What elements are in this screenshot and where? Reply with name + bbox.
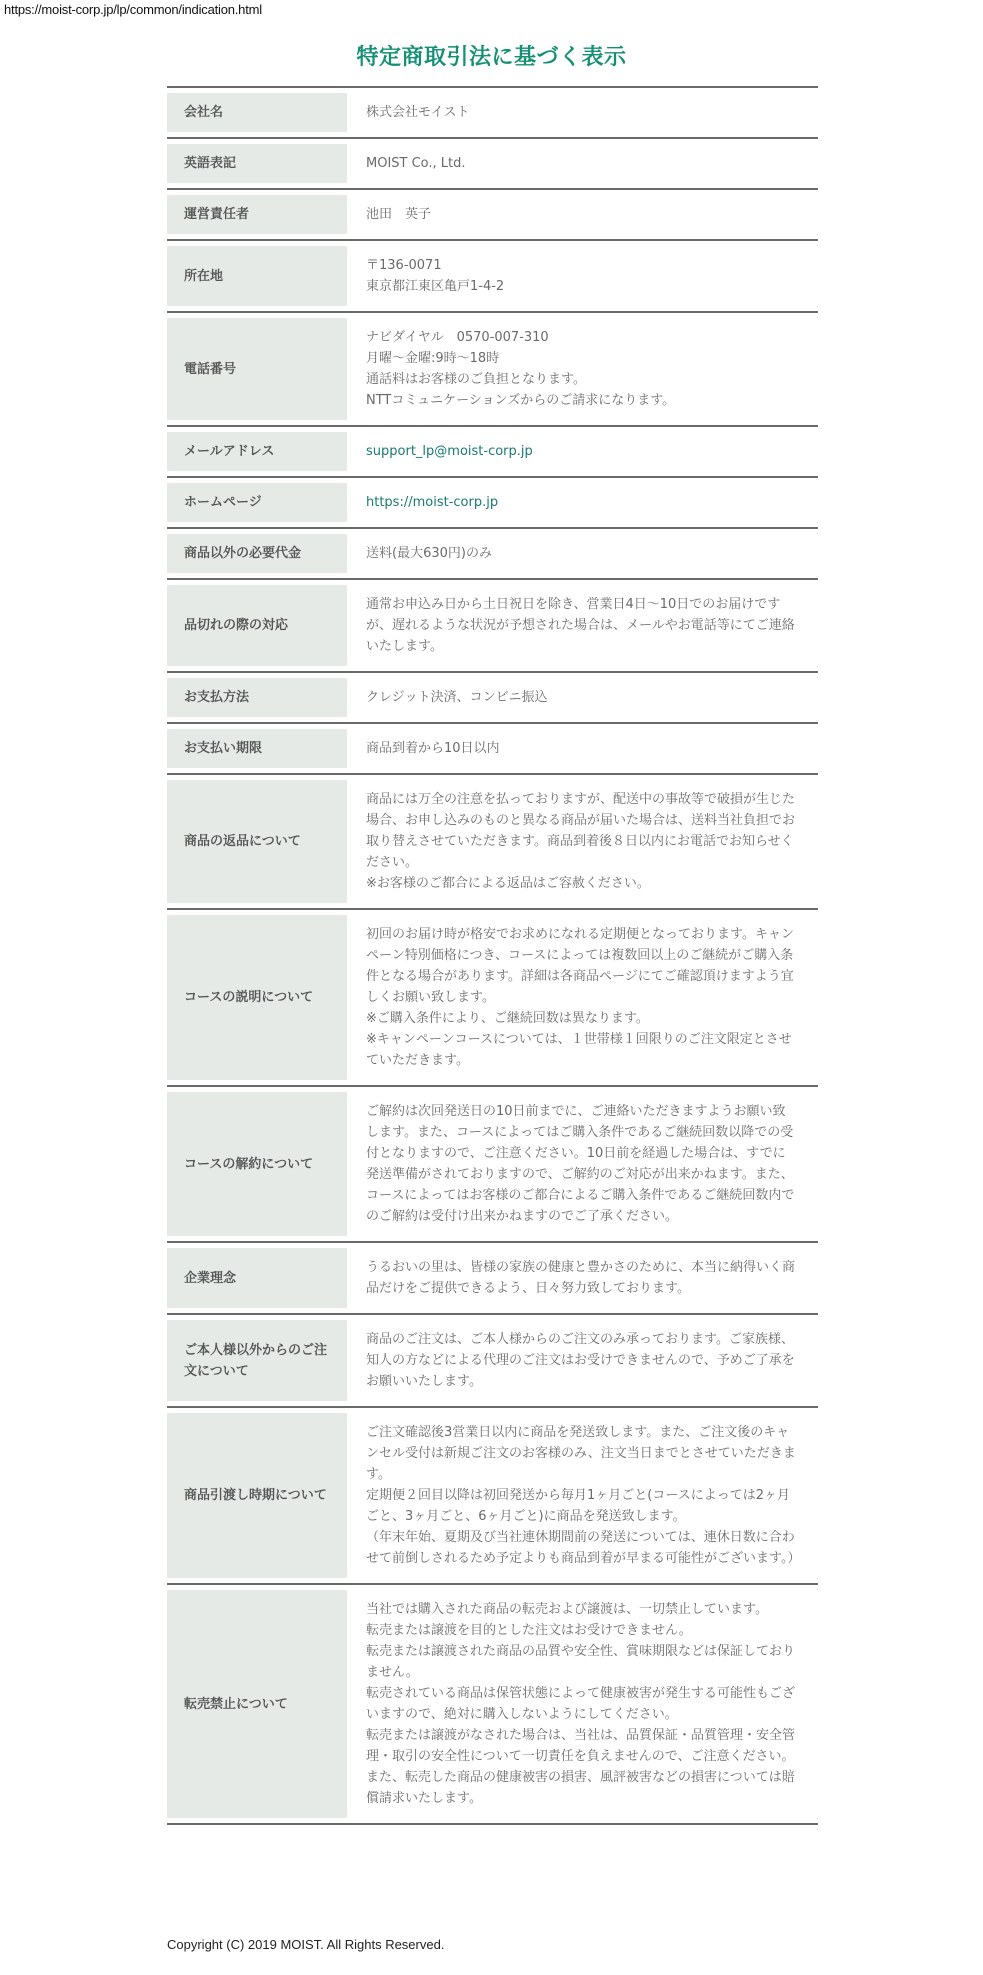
value-line: MOIST Co., Ltd. xyxy=(366,153,798,174)
page-url: https://moist-corp.jp/lp/common/indicati… xyxy=(4,2,262,17)
row-label: 商品引渡し時期について xyxy=(167,1413,347,1578)
value-line: ご注文確認後3営業日以内に商品を発送致します。また、ご注文後のキャンセル受付は新… xyxy=(366,1422,798,1485)
value-line: 送料(最大630円)のみ xyxy=(366,543,798,564)
table-row-manager: 運営責任者 池田 英子 xyxy=(167,190,818,241)
value-line: ご解約は次回発送日の10日前までに、ご連絡いただきますようお願い致します。また、… xyxy=(366,1101,798,1227)
row-value: 当社では購入された商品の転売および譲渡は、一切禁止しています。 転売または譲渡を… xyxy=(347,1590,818,1818)
row-value: MOIST Co., Ltd. xyxy=(347,144,818,183)
row-label: 商品以外の必要代金 xyxy=(167,534,347,573)
row-value: ご解約は次回発送日の10日前までに、ご連絡いただきますようお願い致します。また、… xyxy=(347,1092,818,1236)
table-row-returns: 商品の返品について 商品には万全の注意を払っておりますが、配送中の事故等で破損が… xyxy=(167,775,818,910)
row-label: 企業理念 xyxy=(167,1248,347,1308)
row-label: 商品の返品について xyxy=(167,780,347,903)
row-label: お支払方法 xyxy=(167,678,347,717)
row-label: お支払い期限 xyxy=(167,729,347,768)
row-value: ご注文確認後3営業日以内に商品を発送致します。また、ご注文後のキャンセル受付は新… xyxy=(347,1413,818,1578)
row-label: 会社名 xyxy=(167,93,347,132)
value-line: 商品到着から10日以内 xyxy=(366,738,798,759)
row-value: support_lp@moist-corp.jp xyxy=(347,432,818,471)
value-line: （年末年始、夏期及び当社連休期間前の発送については、連休日数に合わせて前倒しされ… xyxy=(366,1527,798,1569)
row-value: クレジット決済、コンビニ振込 xyxy=(347,678,818,717)
value-line: 転売または譲渡がなされた場合は、当社は、品質保証・品質管理・安全管理・取引の安全… xyxy=(366,1725,798,1767)
value-line: 通話料はお客様のご負担となります。 xyxy=(366,369,798,390)
value-line: 〒136-0071 xyxy=(366,255,798,276)
table-row-email: メールアドレス support_lp@moist-corp.jp xyxy=(167,427,818,478)
value-line: ※キャンペーンコースについては、１世帯様１回限りのご注文限定とさせていただきます… xyxy=(366,1029,798,1071)
value-line: ナビダイヤル 0570-007-310 xyxy=(366,327,798,348)
value-line: 東京都江東区亀戸1-4-2 xyxy=(366,276,798,297)
table-row-company-name: 会社名 株式会社モイスト xyxy=(167,88,818,139)
table-row-course-cancellation: コースの解約について ご解約は次回発送日の10日前までに、ご連絡いただきますよう… xyxy=(167,1087,818,1243)
row-value: 池田 英子 xyxy=(347,195,818,234)
value-line: 株式会社モイスト xyxy=(366,102,798,123)
page-title: 特定商取引法に基づく表示 xyxy=(0,40,983,71)
homepage-link[interactable]: https://moist-corp.jp xyxy=(366,492,798,513)
table-row-proxy-orders: ご本人様以外からのご注文について 商品のご注文は、ご本人様からのご注文のみ承って… xyxy=(167,1315,818,1408)
row-value: https://moist-corp.jp xyxy=(347,483,818,522)
value-line: 定期便２回目以降は初回発送から毎月1ヶ月ごと(コースによっては2ヶ月ごと、3ヶ月… xyxy=(366,1485,798,1527)
table-row-english-name: 英語表記 MOIST Co., Ltd. xyxy=(167,139,818,190)
row-label: メールアドレス xyxy=(167,432,347,471)
table-row-extra-fees: 商品以外の必要代金 送料(最大630円)のみ xyxy=(167,529,818,580)
value-line: クレジット決済、コンビニ振込 xyxy=(366,687,798,708)
row-label: 所在地 xyxy=(167,246,347,306)
table-row-out-of-stock: 品切れの際の対応 通常お申込み日から土日祝日を除き、営業日4日～10日でのお届け… xyxy=(167,580,818,673)
value-line: 当社では購入された商品の転売および譲渡は、一切禁止しています。 xyxy=(366,1599,798,1620)
value-line: ※お客様のご都合による返品はご容赦ください。 xyxy=(366,873,798,894)
value-line: 転売されている商品は保管状態によって健康被害が発生する可能性もございますので、絶… xyxy=(366,1683,798,1725)
value-line: 池田 英子 xyxy=(366,204,798,225)
value-line: 商品には万全の注意を払っておりますが、配送中の事故等で破損が生じた場合、お申し込… xyxy=(366,789,798,873)
table-row-course-description: コースの説明について 初回のお届け時が格安でお求めになれる定期便となっております… xyxy=(167,910,818,1087)
table-row-resale-prohibition: 転売禁止について 当社では購入された商品の転売および譲渡は、一切禁止しています。… xyxy=(167,1585,818,1825)
table-row-homepage: ホームページ https://moist-corp.jp xyxy=(167,478,818,529)
row-label: 英語表記 xyxy=(167,144,347,183)
value-line: 転売または譲渡を目的とした注文はお受けできません。 xyxy=(366,1620,798,1641)
row-label: コースの解約について xyxy=(167,1092,347,1236)
row-value: 商品到着から10日以内 xyxy=(347,729,818,768)
table-row-phone: 電話番号 ナビダイヤル 0570-007-310 月曜～金曜:9時～18時 通話… xyxy=(167,313,818,427)
value-line: 商品のご注文は、ご本人様からのご注文のみ承っております。ご家族様、知人の方などに… xyxy=(366,1329,798,1392)
value-line: 通常お申込み日から土日祝日を除き、営業日4日～10日でのお届けですが、遅れるよう… xyxy=(366,594,798,657)
row-label: 電話番号 xyxy=(167,318,347,420)
table-row-delivery-timing: 商品引渡し時期について ご注文確認後3営業日以内に商品を発送致します。また、ご注… xyxy=(167,1408,818,1585)
row-value: 商品には万全の注意を払っておりますが、配送中の事故等で破損が生じた場合、お申し込… xyxy=(347,780,818,903)
row-label: 品切れの際の対応 xyxy=(167,585,347,666)
value-line: うるおいの里は、皆様の家族の健康と豊かさのために、本当に納得いく商品だけをご提供… xyxy=(366,1257,798,1299)
row-label: ホームページ xyxy=(167,483,347,522)
row-value: 初回のお届け時が格安でお求めになれる定期便となっております。キャンペーン特別価格… xyxy=(347,915,818,1080)
commerce-law-table: 会社名 株式会社モイスト 英語表記 MOIST Co., Ltd. 運営責任者 … xyxy=(167,86,818,1825)
row-label: ご本人様以外からのご注文について xyxy=(167,1320,347,1401)
value-line: 転売または譲渡された商品の品質や安全性、賞味期限などは保証しておりません。 xyxy=(366,1641,798,1683)
table-row-payment-method: お支払方法 クレジット決済、コンビニ振込 xyxy=(167,673,818,724)
row-label: コースの説明について xyxy=(167,915,347,1080)
value-line: 月曜～金曜:9時～18時 xyxy=(366,348,798,369)
row-value: 商品のご注文は、ご本人様からのご注文のみ承っております。ご家族様、知人の方などに… xyxy=(347,1320,818,1401)
row-value: 通常お申込み日から土日祝日を除き、営業日4日～10日でのお届けですが、遅れるよう… xyxy=(347,585,818,666)
row-label: 転売禁止について xyxy=(167,1590,347,1818)
row-value: 株式会社モイスト xyxy=(347,93,818,132)
row-value: ナビダイヤル 0570-007-310 月曜～金曜:9時～18時 通話料はお客様… xyxy=(347,318,818,420)
value-line: また、転売した商品の健康被害の損害、風評被害などの損害については賠償請求いたしま… xyxy=(366,1767,798,1809)
email-link[interactable]: support_lp@moist-corp.jp xyxy=(366,441,798,462)
row-value: 〒136-0071 東京都江東区亀戸1-4-2 xyxy=(347,246,818,306)
value-line: ※ご購入条件により、ご継続回数は異なります。 xyxy=(366,1008,798,1029)
copyright-text: Copyright (C) 2019 MOIST. All Rights Res… xyxy=(167,1937,444,1952)
row-label: 運営責任者 xyxy=(167,195,347,234)
table-row-address: 所在地 〒136-0071 東京都江東区亀戸1-4-2 xyxy=(167,241,818,313)
table-row-philosophy: 企業理念 うるおいの里は、皆様の家族の健康と豊かさのために、本当に納得いく商品だ… xyxy=(167,1243,818,1315)
table-row-payment-deadline: お支払い期限 商品到着から10日以内 xyxy=(167,724,818,775)
row-value: うるおいの里は、皆様の家族の健康と豊かさのために、本当に納得いく商品だけをご提供… xyxy=(347,1248,818,1308)
value-line: 初回のお届け時が格安でお求めになれる定期便となっております。キャンペーン特別価格… xyxy=(366,924,798,1008)
row-value: 送料(最大630円)のみ xyxy=(347,534,818,573)
value-line: NTTコミュニケーションズからのご請求になります。 xyxy=(366,390,798,411)
